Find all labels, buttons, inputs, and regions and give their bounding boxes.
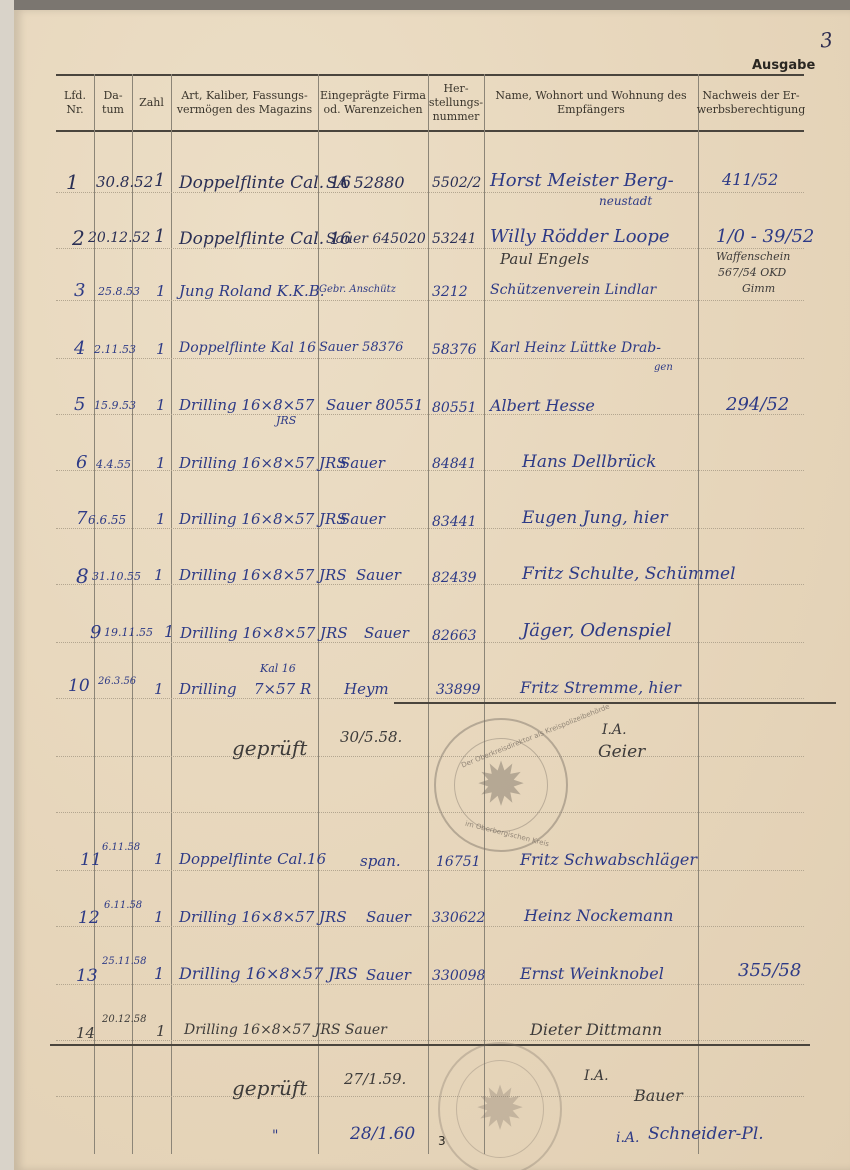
- cell-nr: 4: [74, 338, 85, 359]
- signature: Geier: [598, 742, 645, 762]
- cell-nachweis: 294/52: [726, 394, 789, 415]
- cell-nachweis: 411/52: [722, 170, 778, 189]
- cell-firma: Sauer: [340, 454, 385, 472]
- row-guide: [56, 1040, 804, 1041]
- signature: Bauer: [634, 1086, 683, 1105]
- cell-art: Drilling: [179, 680, 237, 698]
- ledger-page: 3 Ausgabe Lfd. Nr. Da- tum Zahl Art, Kal…: [14, 10, 850, 1170]
- header-zahl: Zahl: [132, 76, 171, 130]
- header-nummer: Her- stellungs- nummer: [428, 76, 484, 130]
- closing-rule-2: [50, 1044, 810, 1046]
- cell-nummer: 82439: [432, 570, 477, 586]
- cell-nummer: 82663: [432, 628, 477, 644]
- cell-firma: Heym: [344, 680, 389, 698]
- cell-art: Drilling 16×8×57 JRS: [179, 964, 358, 983]
- cell-empfaenger: Albert Hesse: [490, 396, 595, 415]
- cell-zahl: 1: [154, 170, 165, 191]
- cell-zahl: 1: [156, 340, 166, 358]
- col-line: [484, 74, 485, 1154]
- cell-nummer: 16751: [436, 854, 481, 870]
- cell-nr: 3: [74, 280, 85, 301]
- star-emblem-icon: ✹: [475, 1079, 525, 1139]
- header-firma: Eingeprägte Firma od. Warenzeichen: [318, 76, 428, 130]
- row-guide: [56, 812, 804, 813]
- cell-zahl: 1: [154, 908, 164, 926]
- cell-datum: 2.11.53: [94, 343, 136, 356]
- cell-nr: 1: [66, 170, 79, 194]
- cell-art: Drilling 16×8×57 JRS: [180, 624, 348, 642]
- cell-art-cont: 7×57 R: [254, 680, 311, 698]
- cell-nummer: 330098: [432, 968, 485, 984]
- cell-art: Drilling 16×8×57 JRS: [179, 566, 347, 584]
- cell-nr: 12: [78, 908, 100, 928]
- cell-datum: 4.4.55: [96, 458, 131, 471]
- cell-empfaenger: Karl Heinz Lüttke Drab-: [490, 340, 661, 356]
- page-number: 3: [819, 27, 834, 52]
- cell-datum: 26.3.56: [98, 676, 128, 688]
- cell-empfaenger-cont: gen: [654, 362, 673, 373]
- cell-empfaenger-cont: neustadt: [599, 194, 652, 208]
- cell-datum: 25.11.58: [102, 956, 130, 968]
- cell-art: Jung Roland K.K.B.: [179, 282, 325, 300]
- cell-nr: 8: [76, 564, 89, 588]
- cell-empfaenger: Fritz Schulte, Schümmel: [522, 564, 736, 584]
- cell-zahl: 1: [156, 282, 166, 300]
- cell-datum: 15.9.53: [94, 399, 136, 412]
- cell-zahl: 1: [156, 396, 166, 414]
- cell-firma: Sauer: [366, 966, 411, 984]
- cell-firma: Sauer 80551: [326, 396, 423, 414]
- footer-page-number: 3: [438, 1134, 446, 1148]
- cell-empfaenger: Eugen Jung, hier: [522, 508, 668, 528]
- cell-empfaenger: Hans Dellbrück: [522, 452, 656, 472]
- cell-empfaenger: Jäger, Odenspiel: [522, 620, 672, 641]
- cell-nachweis-note: Gimm: [742, 282, 775, 295]
- row-guide: [56, 248, 804, 249]
- cell-zahl: 1: [154, 850, 164, 868]
- signature-prefix: i.A.: [616, 1130, 640, 1146]
- cell-firma: span.: [360, 852, 401, 870]
- row-guide: [56, 414, 804, 415]
- cell-nr: 9: [90, 622, 101, 643]
- cell-nachweis-note: 567/54 OKD: [718, 266, 786, 279]
- cell-datum: 19.11.55: [104, 626, 153, 639]
- header-bottom-rule: [56, 130, 804, 132]
- cell-firma: Sauer: [366, 908, 411, 926]
- cell-datum: 6.11.58: [102, 842, 126, 854]
- header-nachweis: Nachweis der Er- werbsberechtigung: [698, 76, 804, 130]
- cell-datum: 20.12.52: [88, 230, 150, 246]
- cell-nr: 2: [72, 226, 85, 250]
- cell-nr: 14: [76, 1024, 95, 1042]
- cell-datum: 6.11.58: [104, 900, 128, 912]
- cell-datum: 6.6.55: [88, 513, 126, 527]
- col-line: [698, 74, 699, 1154]
- star-emblem-icon: ✹: [476, 755, 526, 815]
- cell-datum: 25.8.53: [98, 285, 140, 298]
- scan-border-left: [0, 0, 14, 1170]
- cell-empfaenger: Horst Meister Berg-: [490, 170, 674, 191]
- col-line: [171, 74, 172, 1154]
- cell-art: Drilling 16×8×57 JRS: [179, 510, 347, 528]
- cell-nr: 5: [74, 394, 85, 415]
- cell-nummer: 5502/2: [432, 175, 481, 191]
- cell-nr: 6: [76, 452, 87, 473]
- cell-nr: 13: [76, 966, 98, 986]
- header-lfd-nr: Lfd. Nr.: [56, 76, 94, 130]
- row-guide: [56, 642, 804, 643]
- row-guide: [56, 192, 804, 193]
- cell-nachweis-note: Waffenschein: [716, 250, 790, 263]
- cell-nummer: 83441: [432, 514, 477, 530]
- cell-nummer: 80551: [432, 400, 477, 416]
- cell-datum: 20.12.58: [102, 1014, 130, 1026]
- cell-art: Drilling 16×8×57 JRS: [179, 454, 347, 472]
- closing-rule-1: [394, 702, 836, 704]
- cell-nachweis: 355/58: [738, 960, 801, 981]
- row-guide: [56, 300, 804, 301]
- row-guide: [56, 926, 804, 927]
- verified-label: geprüft: [232, 1076, 307, 1100]
- cell-zahl: 1: [164, 622, 174, 641]
- row-guide: [56, 1096, 804, 1097]
- cell-empfaenger: Ernst Weinknobel: [520, 964, 664, 983]
- col-line: [428, 74, 429, 1154]
- cell-empfaenger: Fritz Schwabschläger: [520, 850, 697, 869]
- cell-firma: Sauer: [356, 566, 401, 584]
- cell-nummer: 33899: [436, 682, 481, 698]
- cell-firma: Sauer 645020: [326, 231, 426, 247]
- header-datum: Da- tum: [94, 76, 132, 130]
- row-guide: [56, 470, 804, 471]
- cell-empfaenger: Schützenverein Lindlar: [490, 282, 656, 298]
- cell-firma: Gebr. Anschütz: [319, 284, 396, 295]
- row-guide: [56, 358, 804, 359]
- cell-zahl: 1: [154, 226, 165, 247]
- cell-nr: 7: [76, 508, 87, 529]
- cell-art: Drilling 16×8×57 JRS Sauer: [184, 1022, 387, 1038]
- cell-empfaenger-note: Paul Engels: [500, 250, 589, 268]
- row-guide: [56, 528, 804, 529]
- signature-prefix: I.A.: [602, 722, 627, 738]
- cell-firma: Sauer: [340, 510, 385, 528]
- verified-date: 30/5.58.: [340, 728, 402, 746]
- cell-nummer: 330622: [432, 910, 485, 926]
- verified-date: 27/1.59.: [344, 1070, 406, 1088]
- cell-zahl: 1: [154, 680, 164, 698]
- cell-nr: 10: [68, 676, 90, 696]
- signature-prefix: I.A.: [584, 1068, 609, 1084]
- signature: Schneider-Pl.: [648, 1124, 764, 1144]
- verified-date: 28/1.60: [350, 1124, 415, 1144]
- cell-zahl: 1: [154, 566, 164, 584]
- cell-art: Doppelflinte Cal.16: [179, 850, 326, 868]
- cell-art: Doppelflinte Kal 16: [179, 340, 316, 356]
- cell-art: Drilling 16×8×57: [179, 396, 314, 414]
- cell-nachweis: 1/0 - 39/52: [716, 226, 814, 247]
- cell-firma: Sauer: [364, 624, 409, 642]
- cell-nummer: 53241: [432, 231, 477, 247]
- cell-empfaenger: Dieter Dittmann: [530, 1020, 662, 1039]
- official-stamp: ✹: [438, 1042, 562, 1170]
- cell-firma: Sauer 58376: [319, 340, 403, 355]
- cell-nummer: 58376: [432, 342, 477, 358]
- cell-empfaenger: Heinz Nockemann: [524, 906, 673, 925]
- cell-nummer: 84841: [432, 456, 477, 472]
- scan-border-top: [0, 0, 850, 10]
- row-guide: [56, 756, 804, 757]
- header-art: Art, Kaliber, Fassungs- vermögen des Mag…: [171, 76, 318, 130]
- cell-empfaenger: Willy Rödder Loope: [490, 226, 670, 247]
- cell-art-note: Kal 16: [260, 662, 296, 675]
- row-guide: [56, 584, 804, 585]
- cell-zahl: 1: [156, 454, 166, 472]
- verified-label: geprüft: [232, 736, 307, 760]
- stamp-inner-ring: ✹: [456, 1060, 544, 1158]
- cell-datum: 30.8.52: [96, 173, 153, 191]
- ditto-mark: ": [272, 1128, 278, 1144]
- cell-zahl: 1: [154, 964, 164, 983]
- cell-art-cont: JRS: [276, 414, 296, 427]
- row-guide: [56, 984, 804, 985]
- official-stamp: ✹ Der Oberkreisdirektor als Kreispolizei…: [434, 718, 568, 852]
- row-guide: [56, 870, 804, 871]
- cell-empfaenger: Fritz Stremme, hier: [520, 678, 681, 697]
- cell-art: Drilling 16×8×57 JRS: [179, 908, 347, 926]
- cell-nummer: 3212: [432, 284, 468, 300]
- cell-nr: 11: [80, 850, 102, 870]
- row-guide: [56, 698, 804, 699]
- section-title: Ausgabe: [752, 58, 815, 73]
- cell-zahl: 1: [156, 1022, 166, 1040]
- cell-zahl: 1: [156, 510, 166, 528]
- cell-datum: 31.10.55: [92, 570, 141, 583]
- cell-firma: SA 52880: [326, 173, 405, 192]
- header-empfaenger: Name, Wohnort und Wohnung des Empfängers: [484, 76, 698, 130]
